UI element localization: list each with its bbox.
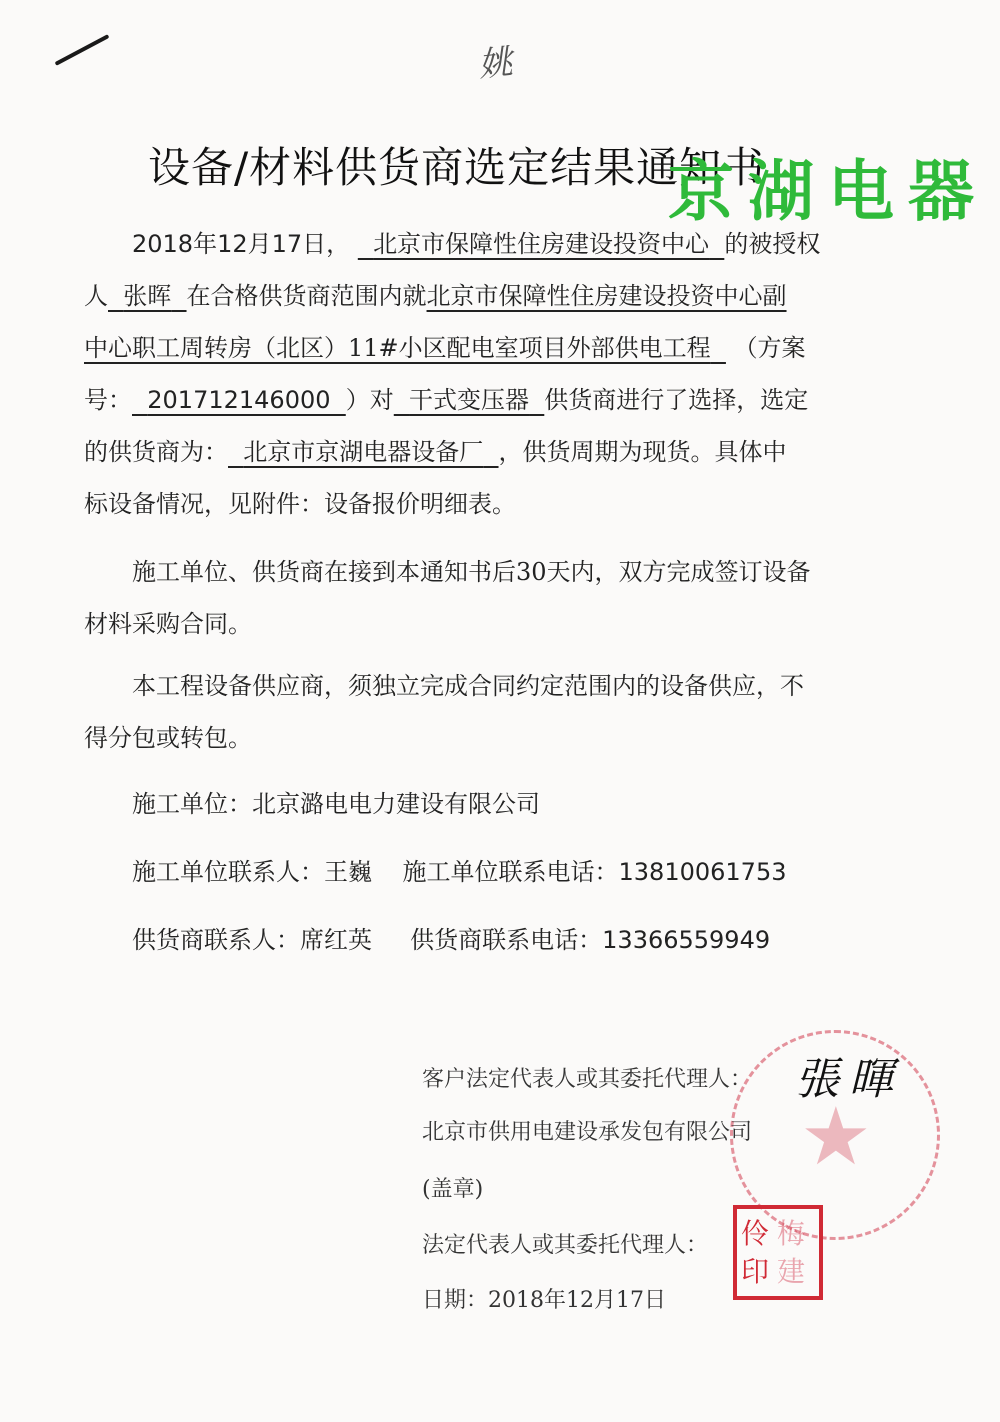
supplier-phone: 供货商联系电话：13366559949 [410,926,770,954]
construction-unit: 施工单位：北京潞电电力建设有限公司 [132,784,540,819]
construction-phone: 施工单位联系电话：13810061753 [403,858,787,886]
personal-name-seal: 伶 印 梅 建 [733,1205,823,1300]
company-name: 北京市供用电建设承发包有限公司 [422,1115,752,1146]
supplier-blank: 北京市京湖电器设备厂 [228,438,499,466]
project-blank-2: 中心职工周转房（北区）11#小区配电室项目外部供电工程 [84,334,726,362]
notice-date: 2018年12月17日， [132,230,350,258]
supplier-contact: 供货商联系人：席红英 供货商联系电话：13366559949 [132,920,770,955]
plan-number: 201712146000 [132,386,346,414]
equipment-blank: 干式变压器 [394,386,545,414]
person-blank: 张晖 [108,282,187,310]
paragraph-3: 本工程设备供应商，须独立完成合同约定范围内的设备供应，不 得分包或转包。 [84,660,874,764]
org-blank: 北京市保障性住房建设投资中心 [358,230,725,258]
legal-rep-label: 法定代表人或其委托代理人： [422,1228,708,1259]
client-rep-label: 客户法定代表人或其委托代理人： [422,1062,752,1093]
stamp-note: (盖章) [422,1172,483,1203]
client-signature: 張暉 [795,1043,903,1107]
paragraph-2: 施工单位、供货商在接到本通知书后30天内，双方完成签订设备 材料采购合同。 [84,546,874,650]
construction-contact: 施工单位联系人：王巍 施工单位联系电话：13810061753 [132,852,786,887]
staple-mark [55,34,110,66]
paragraph-1: 2018年12月17日， 北京市保障性住房建设投资中心 的被授权 人 张晖 在合… [84,218,874,530]
signature-date: 日期：2018年12月17日 [422,1283,666,1314]
handwritten-initials: 姚 [476,35,511,87]
project-blank-1: 北京市保障性住房建设投资中心副 [427,282,787,310]
